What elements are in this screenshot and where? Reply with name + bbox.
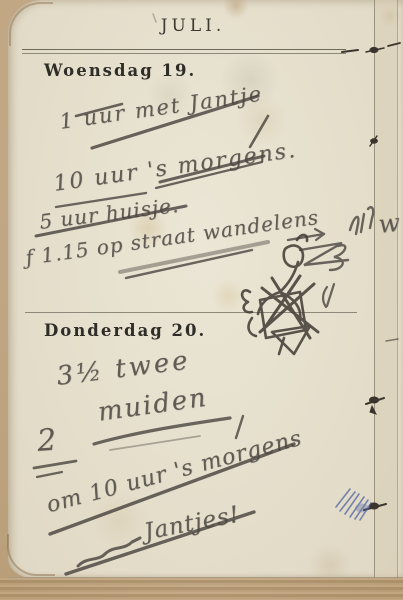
corner-arc-top-left [9,2,53,46]
book-bottom-edge [0,578,403,600]
diary-photo: JULI. Woensdag 19. 1 uur met Jantje 10 u… [0,0,403,600]
day-header-donderdag: Donderdag 20. [44,321,206,340]
header-double-rule [22,49,346,54]
fore-edge-strip [375,0,397,578]
day-header-woensdag: Woensdag 19. [44,61,196,80]
page-fore-edge-line [374,0,375,578]
month-header: JULI. [28,16,358,36]
day-divider-rule [25,312,357,313]
page-bottom-edge-line [8,577,403,578]
outer-fore-edge-line [397,0,398,578]
handwriting-line: 2 [36,423,57,459]
